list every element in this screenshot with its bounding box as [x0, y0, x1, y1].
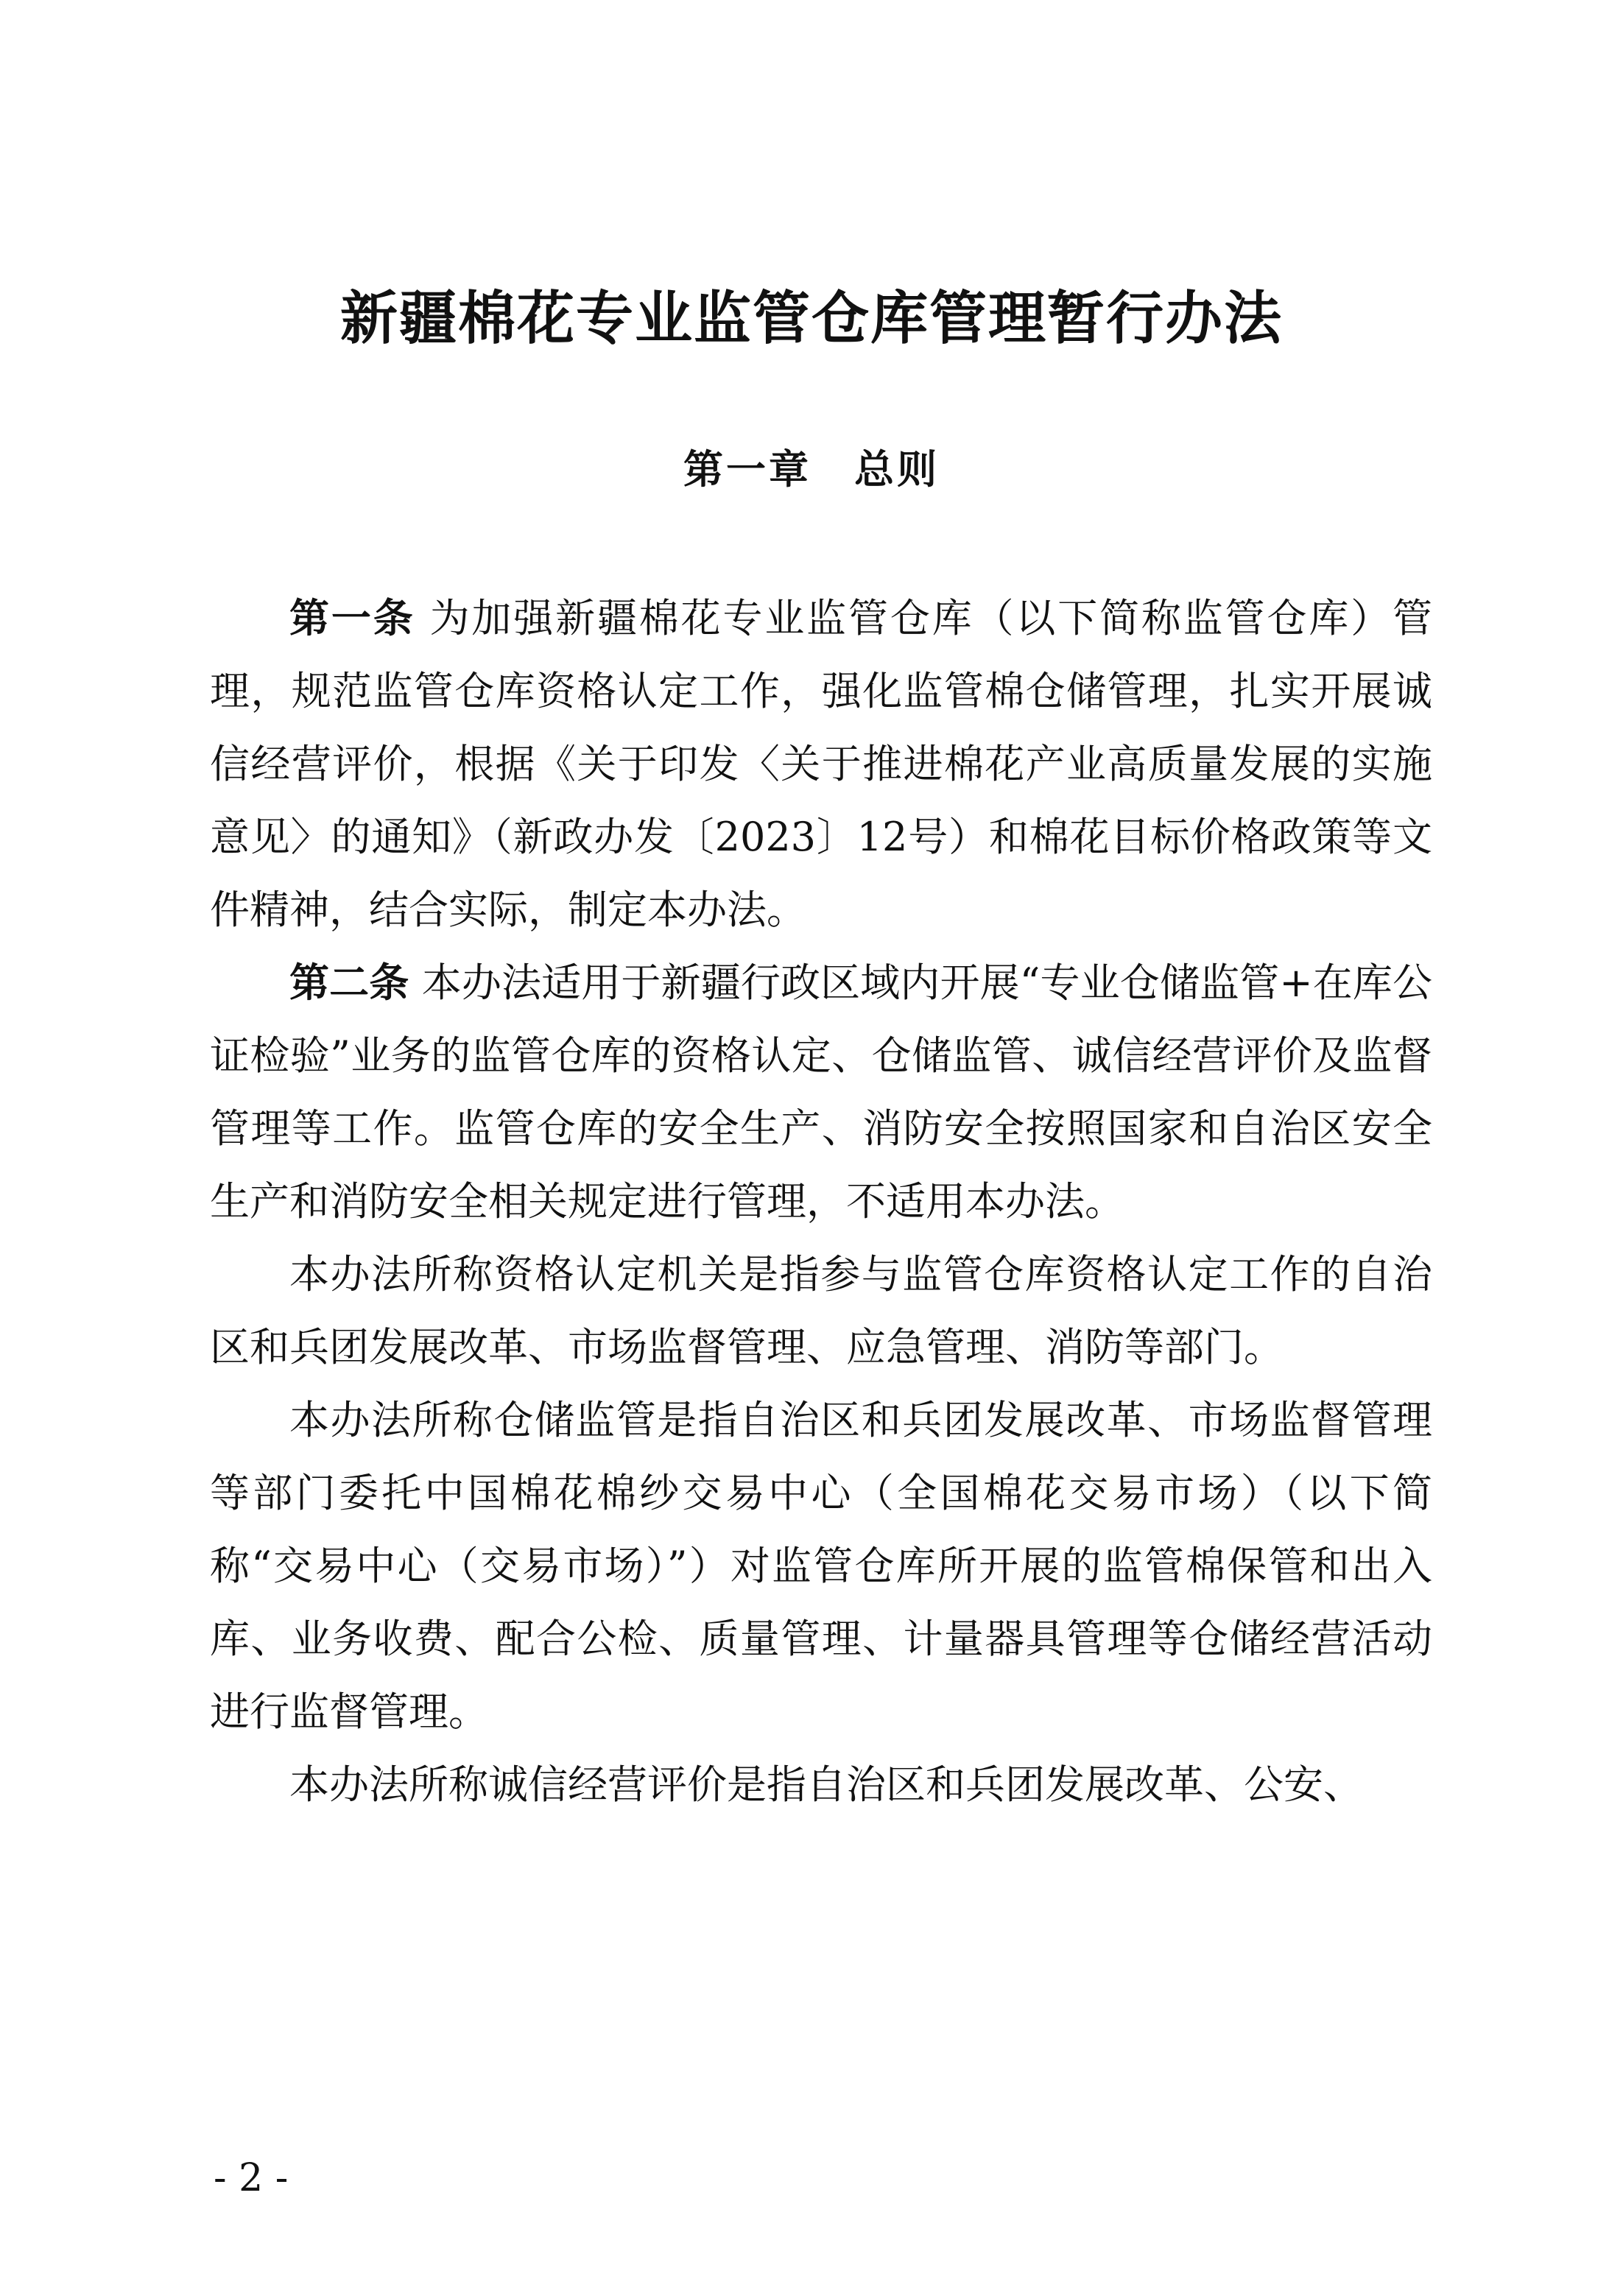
paragraph: 本办法所称诚信经营评价是指自治区和兵团发展改革、公安、	[210, 1748, 1432, 1821]
document-page: 新疆棉花专业监管仓库管理暂行办法 第一章 总则 第一条 为加强新疆棉花专业监管仓…	[0, 0, 1623, 2296]
document-body: 第一条 为加强新疆棉花专业监管仓库（以下简称监管仓库）管理，规范监管仓库资格认定…	[210, 582, 1432, 1821]
paragraph-text: 本办法所称仓储监管是指自治区和兵团发展改革、市场监督管理等部门委托中国棉花棉纱交…	[210, 1397, 1432, 1735]
chapter-heading: 第一章 总则	[0, 438, 1623, 495]
paragraph: 本办法所称仓储监管是指自治区和兵团发展改革、市场监督管理等部门委托中国棉花棉纱交…	[210, 1384, 1432, 1748]
article-1: 第一条 为加强新疆棉花专业监管仓库（以下简称监管仓库）管理，规范监管仓库资格认定…	[210, 582, 1432, 946]
article-label: 第一条	[289, 594, 415, 641]
page-number: - 2 -	[214, 2156, 288, 2200]
paragraph: 本办法所称资格认定机关是指参与监管仓库资格认定工作的自治区和兵团发展改革、市场监…	[210, 1238, 1432, 1384]
document-title: 新疆棉花专业监管仓库管理暂行办法	[0, 272, 1623, 355]
paragraph-text: 本办法所称诚信经营评价是指自治区和兵团发展改革、公安、	[289, 1761, 1363, 1808]
article-2: 第二条 本办法适用于新疆行政区域内开展“专业仓储监管+在库公证检验”业务的监管仓…	[210, 946, 1432, 1238]
paragraph-text: 本办法所称资格认定机关是指参与监管仓库资格认定工作的自治区和兵团发展改革、市场监…	[210, 1251, 1432, 1370]
article-text: 为加强新疆棉花专业监管仓库（以下简称监管仓库）管理，规范监管仓库资格认定工作，强…	[210, 595, 1432, 933]
article-label: 第二条	[289, 959, 409, 1006]
